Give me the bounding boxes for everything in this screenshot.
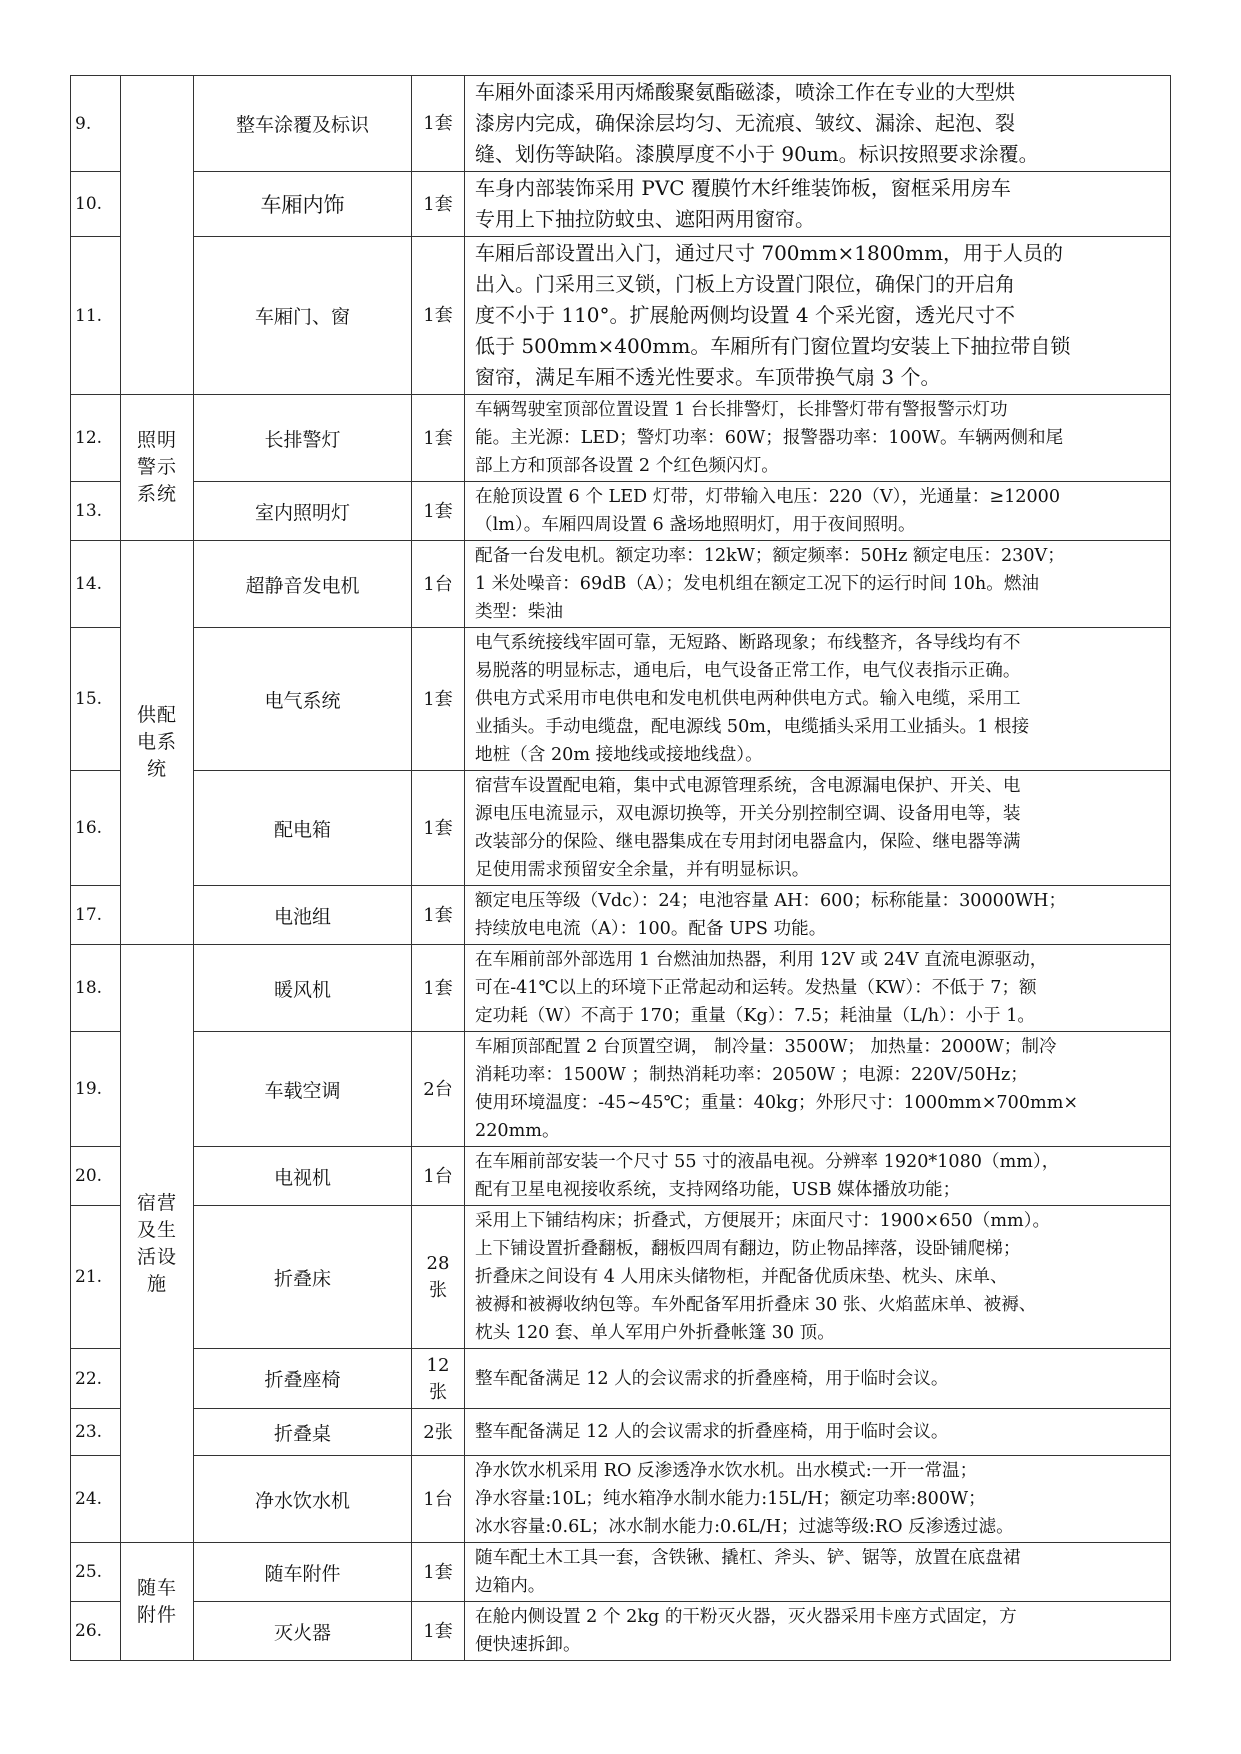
item-description: 车辆驾驶室顶部位置设置 1 台长排警灯，长排警灯带有警报警示灯功 能。主光源：L… bbox=[465, 395, 1171, 482]
table-row: 20. 电视机 1台 在车厢前部安装一个尺寸 55 寸的液晶电视。分辨率 192… bbox=[71, 1147, 1171, 1206]
category-cell-empty bbox=[121, 76, 194, 395]
item-name: 整车涂覆及标识 bbox=[194, 76, 412, 172]
description-line: 冰水容量:0.6L；冰水制水能力:0.6L/H；过滤等级:RO 反渗透过滤。 bbox=[475, 1513, 1164, 1541]
item-description: 在舱内侧设置 2 个 2kg 的干粉灭火器，灭火器采用卡座方式固定，方 便快速拆… bbox=[465, 1602, 1171, 1661]
item-quantity: 1套 bbox=[412, 172, 465, 237]
table-row: 13. 室内照明灯 1套 在舱顶设置 6 个 LED 灯带，灯带输入电压：220… bbox=[71, 482, 1171, 541]
row-number: 19. bbox=[71, 1032, 121, 1147]
description-line: 边箱内。 bbox=[475, 1572, 1164, 1600]
row-number: 26. bbox=[71, 1602, 121, 1661]
description-line: 220mm。 bbox=[475, 1117, 1164, 1145]
table-row: 19. 车载空调 2台 车厢顶部配置 2 台顶置空调， 制冷量：3500W； 加… bbox=[71, 1032, 1171, 1147]
table-row: 26. 灭火器 1套 在舱内侧设置 2 个 2kg 的干粉灭火器，灭火器采用卡座… bbox=[71, 1602, 1171, 1661]
row-number: 10. bbox=[71, 172, 121, 237]
item-name: 车厢门、窗 bbox=[194, 237, 412, 395]
description-line: 枕头 120 套、单人军用户外折叠帐篷 30 顶。 bbox=[475, 1319, 1164, 1347]
item-description: 额定电压等级（Vdc）：24；电池容量 AH：600；标称能量：30000WH；… bbox=[465, 886, 1171, 945]
item-quantity: 28张 bbox=[412, 1206, 465, 1349]
description-line: 1 米处噪音：69dB（A）；发电机组在额定工况下的运行时间 10h。燃油 bbox=[475, 570, 1164, 598]
description-line: 定功耗（W）不高于 170；重量（Kg）：7.5；耗油量（L/h）：小于 1。 bbox=[475, 1002, 1164, 1030]
description-line: 配备一台发电机。额定功率：12kW；额定频率：50Hz 额定电压：230V； bbox=[475, 542, 1164, 570]
item-description: 配备一台发电机。额定功率：12kW；额定频率：50Hz 额定电压：230V； 1… bbox=[465, 541, 1171, 628]
category-label: 供配电系统 bbox=[134, 702, 180, 783]
quantity-label: 12张 bbox=[425, 1352, 451, 1406]
item-quantity: 1套 bbox=[412, 945, 465, 1032]
specification-table: 9. 整车涂覆及标识 1套 车厢外面漆采用丙烯酸聚氨酯磁漆，喷涂工作在专业的大型… bbox=[70, 75, 1171, 1661]
description-line: 能。主光源：LED；警灯功率：60W；报警器功率：100W。车辆两侧和尾 bbox=[475, 424, 1164, 452]
item-name: 电气系统 bbox=[194, 628, 412, 771]
table-row: 22. 折叠座椅 12张 整车配备满足 12 人的会议需求的折叠座椅，用于临时会… bbox=[71, 1349, 1171, 1409]
description-line: 车厢顶部配置 2 台顶置空调， 制冷量：3500W； 加热量：2000W；制冷 bbox=[475, 1033, 1164, 1061]
description-line: 整车配备满足 12 人的会议需求的折叠座椅，用于临时会议。 bbox=[475, 1365, 1164, 1393]
description-line: 持续放电电流（A）：100。配备 UPS 功能。 bbox=[475, 915, 1164, 943]
description-line: 在车厢前部外部选用 1 台燃油加热器，利用 12V 或 24V 直流电源驱动， bbox=[475, 946, 1164, 974]
item-name: 灭火器 bbox=[194, 1602, 412, 1661]
table-row: 14. 供配电系统 超静音发电机 1台 配备一台发电机。额定功率：12kW；额定… bbox=[71, 541, 1171, 628]
item-name: 净水饮水机 bbox=[194, 1456, 412, 1543]
item-name: 折叠床 bbox=[194, 1206, 412, 1349]
row-number: 9. bbox=[71, 76, 121, 172]
item-description: 车身内部装饰采用 PVC 覆膜竹木纤维装饰板，窗框采用房车 专用上下抽拉防蚊虫、… bbox=[465, 172, 1171, 237]
description-line: 车身内部装饰采用 PVC 覆膜竹木纤维装饰板，窗框采用房车 bbox=[475, 173, 1164, 204]
description-line: 整车配备满足 12 人的会议需求的折叠座椅，用于临时会议。 bbox=[475, 1418, 1164, 1446]
description-line: 上下铺设置折叠翻板，翻板四周有翻边，防止物品摔落，设卧铺爬梯； bbox=[475, 1235, 1164, 1263]
item-quantity: 12张 bbox=[412, 1349, 465, 1409]
description-line: 使用环境温度：-45~45℃；重量：40kg；外形尺寸：1000mm×700mm… bbox=[475, 1089, 1164, 1117]
item-description: 车厢后部设置出入门，通过尺寸 700mm×1800mm，用于人员的 出入。门采用… bbox=[465, 237, 1171, 395]
table-row: 18. 宿营及生活设施 暖风机 1套 在车厢前部外部选用 1 台燃油加热器，利用… bbox=[71, 945, 1171, 1032]
table-row: 25. 随车附件 随车附件 1套 随车配土木工具一套，含铁锹、撬杠、斧头、铲、锯… bbox=[71, 1543, 1171, 1602]
item-name: 车厢内饰 bbox=[194, 172, 412, 237]
item-quantity: 1套 bbox=[412, 1543, 465, 1602]
category-label: 随车附件 bbox=[134, 1575, 180, 1629]
description-line: 类型：柴油 bbox=[475, 598, 1164, 626]
description-line: 度不小于 110°。扩展舱两侧均设置 4 个采光窗，透光尺寸不 bbox=[475, 300, 1164, 331]
item-quantity: 1套 bbox=[412, 886, 465, 945]
item-name: 长排警灯 bbox=[194, 395, 412, 482]
description-line: 电气系统接线牢固可靠，无短路、断路现象；布线整齐，各导线均有不 bbox=[475, 629, 1164, 657]
item-name: 电池组 bbox=[194, 886, 412, 945]
item-description: 在车厢前部安装一个尺寸 55 寸的液晶电视。分辨率 1920*1080（mm），… bbox=[465, 1147, 1171, 1206]
row-number: 13. bbox=[71, 482, 121, 541]
table-row: 15. 电气系统 1套 电气系统接线牢固可靠，无短路、断路现象；布线整齐，各导线… bbox=[71, 628, 1171, 771]
row-number: 15. bbox=[71, 628, 121, 771]
description-line: 足使用需求预留安全余量，并有明显标识。 bbox=[475, 856, 1164, 884]
row-number: 18. bbox=[71, 945, 121, 1032]
item-description: 整车配备满足 12 人的会议需求的折叠座椅，用于临时会议。 bbox=[465, 1409, 1171, 1456]
category-cell: 供配电系统 bbox=[121, 541, 194, 945]
table-row: 11. 车厢门、窗 1套 车厢后部设置出入门，通过尺寸 700mm×1800mm… bbox=[71, 237, 1171, 395]
category-cell: 宿营及生活设施 bbox=[121, 945, 194, 1543]
description-line: 净水容量:10L；纯水箱净水制水能力:15L/H；额定功率:800W； bbox=[475, 1485, 1164, 1513]
row-number: 21. bbox=[71, 1206, 121, 1349]
description-line: 额定电压等级（Vdc）：24；电池容量 AH：600；标称能量：30000WH； bbox=[475, 887, 1164, 915]
item-name: 电视机 bbox=[194, 1147, 412, 1206]
item-name: 暖风机 bbox=[194, 945, 412, 1032]
item-name: 折叠桌 bbox=[194, 1409, 412, 1456]
description-line: 出入。门采用三叉锁，门板上方设置门限位，确保门的开启角 bbox=[475, 269, 1164, 300]
item-name: 室内照明灯 bbox=[194, 482, 412, 541]
row-number: 11. bbox=[71, 237, 121, 395]
item-name: 配电箱 bbox=[194, 771, 412, 886]
description-line: 地桩（含 20m 接地线或接地线盘）。 bbox=[475, 741, 1164, 769]
description-line: 业插头。手动电缆盘，配电源线 50m，电缆插头采用工业插头。1 根接 bbox=[475, 713, 1164, 741]
description-line: 改装部分的保险、继电器集成在专用封闭电器盒内，保险、继电器等满 bbox=[475, 828, 1164, 856]
item-quantity: 2张 bbox=[412, 1409, 465, 1456]
item-description: 在车厢前部外部选用 1 台燃油加热器，利用 12V 或 24V 直流电源驱动， … bbox=[465, 945, 1171, 1032]
item-description: 车厢外面漆采用丙烯酸聚氨酯磁漆，喷涂工作在专业的大型烘 漆房内完成，确保涂层均匀… bbox=[465, 76, 1171, 172]
description-line: 窗帘，满足车厢不透光性要求。车顶带换气扇 3 个。 bbox=[475, 362, 1164, 393]
item-quantity: 1套 bbox=[412, 1602, 465, 1661]
category-cell: 随车附件 bbox=[121, 1543, 194, 1661]
description-line: 宿营车设置配电箱，集中式电源管理系统，含电源漏电保护、开关、电 bbox=[475, 772, 1164, 800]
table-row: 16. 配电箱 1套 宿营车设置配电箱，集中式电源管理系统，含电源漏电保护、开关… bbox=[71, 771, 1171, 886]
description-line: 车厢后部设置出入门，通过尺寸 700mm×1800mm，用于人员的 bbox=[475, 238, 1164, 269]
item-description: 随车配土木工具一套，含铁锹、撬杠、斧头、铲、锯等，放置在底盘裙 边箱内。 bbox=[465, 1543, 1171, 1602]
description-line: 供电方式采用市电供电和发电机供电两种供电方式。输入电缆，采用工 bbox=[475, 685, 1164, 713]
row-number: 25. bbox=[71, 1543, 121, 1602]
row-number: 23. bbox=[71, 1409, 121, 1456]
description-line: 低于 500mm×400mm。车厢所有门窗位置均安装上下抽拉带自锁 bbox=[475, 331, 1164, 362]
table-row: 10. 车厢内饰 1套 车身内部装饰采用 PVC 覆膜竹木纤维装饰板，窗框采用房… bbox=[71, 172, 1171, 237]
item-name: 超静音发电机 bbox=[194, 541, 412, 628]
item-quantity: 2台 bbox=[412, 1032, 465, 1147]
table-row: 21. 折叠床 28张 采用上下铺结构床；折叠式，方便展开；床面尺寸：1900×… bbox=[71, 1206, 1171, 1349]
table-row: 17. 电池组 1套 额定电压等级（Vdc）：24；电池容量 AH：600；标称… bbox=[71, 886, 1171, 945]
description-line: 采用上下铺结构床；折叠式，方便展开；床面尺寸：1900×650（mm）。 bbox=[475, 1207, 1164, 1235]
item-quantity: 1套 bbox=[412, 628, 465, 771]
row-number: 22. bbox=[71, 1349, 121, 1409]
description-line: 便快速拆卸。 bbox=[475, 1631, 1164, 1659]
item-description: 车厢顶部配置 2 台顶置空调， 制冷量：3500W； 加热量：2000W；制冷 … bbox=[465, 1032, 1171, 1147]
description-line: 配有卫星电视接收系统，支持网络功能，USB 媒体播放功能； bbox=[475, 1176, 1164, 1204]
description-line: 在舱顶设置 6 个 LED 灯带，灯带输入电压：220（V），光通量：≥1200… bbox=[475, 483, 1164, 511]
item-name: 随车附件 bbox=[194, 1543, 412, 1602]
item-quantity: 1套 bbox=[412, 76, 465, 172]
description-line: 车辆驾驶室顶部位置设置 1 台长排警灯，长排警灯带有警报警示灯功 bbox=[475, 396, 1164, 424]
row-number: 12. bbox=[71, 395, 121, 482]
description-line: 在舱内侧设置 2 个 2kg 的干粉灭火器，灭火器采用卡座方式固定，方 bbox=[475, 1603, 1164, 1631]
item-description: 在舱顶设置 6 个 LED 灯带，灯带输入电压：220（V），光通量：≥1200… bbox=[465, 482, 1171, 541]
row-number: 16. bbox=[71, 771, 121, 886]
table-row: 12. 照明警示系统 长排警灯 1套 车辆驾驶室顶部位置设置 1 台长排警灯，长… bbox=[71, 395, 1171, 482]
row-number: 20. bbox=[71, 1147, 121, 1206]
item-name: 折叠座椅 bbox=[194, 1349, 412, 1409]
description-line: 源电压电流显示，双电源切换等，开关分别控制空调、设备用电等，装 bbox=[475, 800, 1164, 828]
description-line: 消耗功率：1500W ；制热消耗功率：2050W ；电源：220V/50Hz； bbox=[475, 1061, 1164, 1089]
item-description: 电气系统接线牢固可靠，无短路、断路现象；布线整齐，各导线均有不 易脱落的明显标志… bbox=[465, 628, 1171, 771]
row-number: 24. bbox=[71, 1456, 121, 1543]
description-line: （lm）。车厢四周设置 6 盏场地照明灯，用于夜间照明。 bbox=[475, 511, 1164, 539]
item-quantity: 1套 bbox=[412, 237, 465, 395]
description-line: 随车配土木工具一套，含铁锹、撬杠、斧头、铲、锯等，放置在底盘裙 bbox=[475, 1544, 1164, 1572]
item-quantity: 1台 bbox=[412, 1147, 465, 1206]
item-description: 宿营车设置配电箱，集中式电源管理系统，含电源漏电保护、开关、电 源电压电流显示，… bbox=[465, 771, 1171, 886]
item-quantity: 1套 bbox=[412, 395, 465, 482]
table-row: 9. 整车涂覆及标识 1套 车厢外面漆采用丙烯酸聚氨酯磁漆，喷涂工作在专业的大型… bbox=[71, 76, 1171, 172]
description-line: 部上方和顶部各设置 2 个红色频闪灯。 bbox=[475, 452, 1164, 480]
description-line: 漆房内完成，确保涂层均匀、无流痕、皱纹、漏涂、起泡、裂 bbox=[475, 108, 1164, 139]
item-quantity: 1台 bbox=[412, 1456, 465, 1543]
description-line: 被褥和被褥收纳包等。车外配备军用折叠床 30 张、火焰蓝床单、被褥、 bbox=[475, 1291, 1164, 1319]
item-description: 净水饮水机采用 RO 反渗透净水饮水机。出水模式:一开一常温； 净水容量:10L… bbox=[465, 1456, 1171, 1543]
item-description: 整车配备满足 12 人的会议需求的折叠座椅，用于临时会议。 bbox=[465, 1349, 1171, 1409]
description-line: 车厢外面漆采用丙烯酸聚氨酯磁漆，喷涂工作在专业的大型烘 bbox=[475, 77, 1164, 108]
item-quantity: 1套 bbox=[412, 482, 465, 541]
description-line: 可在-41℃以上的环境下正常起动和运转。发热量（KW）：不低于 7；额 bbox=[475, 974, 1164, 1002]
category-label: 照明警示系统 bbox=[134, 427, 180, 508]
category-label: 宿营及生活设施 bbox=[134, 1190, 180, 1298]
item-name: 车载空调 bbox=[194, 1032, 412, 1147]
table-row: 24. 净水饮水机 1台 净水饮水机采用 RO 反渗透净水饮水机。出水模式:一开… bbox=[71, 1456, 1171, 1543]
description-line: 在车厢前部安装一个尺寸 55 寸的液晶电视。分辨率 1920*1080（mm）， bbox=[475, 1148, 1164, 1176]
description-line: 易脱落的明显标志，通电后，电气设备正常工作，电气仪表指示正确。 bbox=[475, 657, 1164, 685]
description-line: 缝、划伤等缺陷。漆膜厚度不小于 90um。标识按照要求涂覆。 bbox=[475, 139, 1164, 170]
item-quantity: 1台 bbox=[412, 541, 465, 628]
description-line: 净水饮水机采用 RO 反渗透净水饮水机。出水模式:一开一常温； bbox=[475, 1457, 1164, 1485]
row-number: 14. bbox=[71, 541, 121, 628]
quantity-label: 28张 bbox=[425, 1250, 451, 1304]
category-cell: 照明警示系统 bbox=[121, 395, 194, 541]
item-quantity: 1套 bbox=[412, 771, 465, 886]
table-row: 23. 折叠桌 2张 整车配备满足 12 人的会议需求的折叠座椅，用于临时会议。 bbox=[71, 1409, 1171, 1456]
item-description: 采用上下铺结构床；折叠式，方便展开；床面尺寸：1900×650（mm）。 上下铺… bbox=[465, 1206, 1171, 1349]
row-number: 17. bbox=[71, 886, 121, 945]
description-line: 专用上下抽拉防蚊虫、遮阳两用窗帘。 bbox=[475, 204, 1164, 235]
description-line: 折叠床之间设有 4 人用床头储物柜，并配备优质床垫、枕头、床单、 bbox=[475, 1263, 1164, 1291]
